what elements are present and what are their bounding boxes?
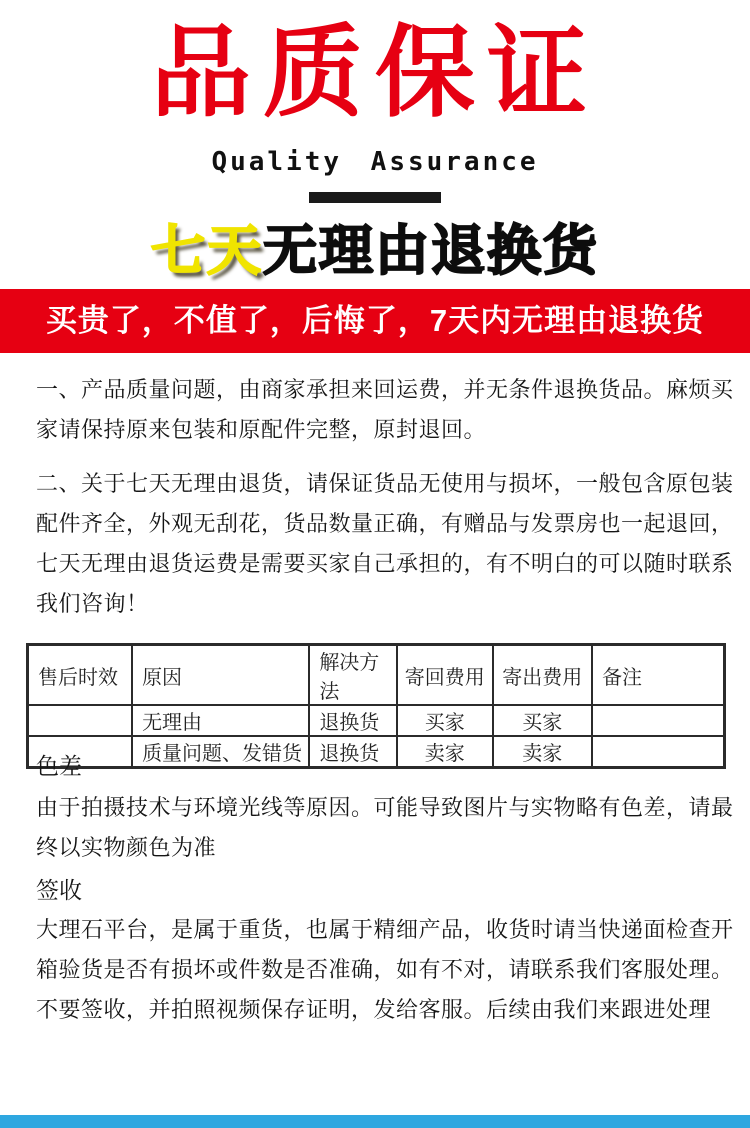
color-note-heading: 色差: [36, 750, 738, 782]
policy-item-2: 二、关于七天无理由退货，请保证货品无使用与损坏，一般包含原包装 配件齐全，外观无…: [36, 464, 738, 624]
table-cell: 无理由: [132, 705, 309, 736]
promo-banner-text: 买贵了，不值了，后悔了，7天内无理由退换货: [0, 289, 750, 353]
table-row: 无理由 退换货 买家 买家: [28, 705, 725, 736]
policy-item-1: 一、产品质量问题，由商家承担来回运费，并无条件退换货品。麻烦买 家请保持原来包装…: [36, 370, 738, 450]
headline-rest: 无理由退换货: [263, 221, 599, 281]
table-header-cell: 解决方法: [309, 645, 397, 706]
table-cell: [28, 705, 133, 736]
title-divider: [309, 192, 441, 203]
color-note-body: 由于拍摄技术与环境光线等原因。可能导致图片与实物略有色差，请最 终以实物颜色为准: [36, 788, 738, 868]
footer-accent-bar: [0, 1115, 750, 1128]
table-header-cell: 备注: [592, 645, 724, 706]
table-header-cell: 售后时效: [28, 645, 133, 706]
sign-note-body: 大理石平台，是属于重货，也属于精细产品，收货时请当快递面检查开 箱验货是否有损坏…: [36, 910, 738, 1030]
headline-highlight: 七天: [151, 221, 263, 281]
table-cell: 退换货: [309, 705, 397, 736]
table-cell: [592, 705, 724, 736]
table-header-row: 售后时效 原因 解决方法 寄回费用 寄出费用 备注: [28, 645, 725, 706]
promo-banner: 买贵了，不值了，后悔了，7天内无理由退换货: [0, 289, 750, 353]
table-header-cell: 原因: [132, 645, 309, 706]
table-header-cell: 寄出费用: [493, 645, 593, 706]
brand-title: 品质保证: [0, 16, 750, 128]
table-cell: 买家: [493, 705, 593, 736]
sign-note-heading: 签收: [36, 874, 738, 906]
table-header-cell: 寄回费用: [397, 645, 493, 706]
table-cell: 买家: [397, 705, 493, 736]
seven-day-headline: 七天无理由退换货: [0, 220, 750, 282]
brand-subtitle: Quality Assurance: [0, 146, 750, 178]
